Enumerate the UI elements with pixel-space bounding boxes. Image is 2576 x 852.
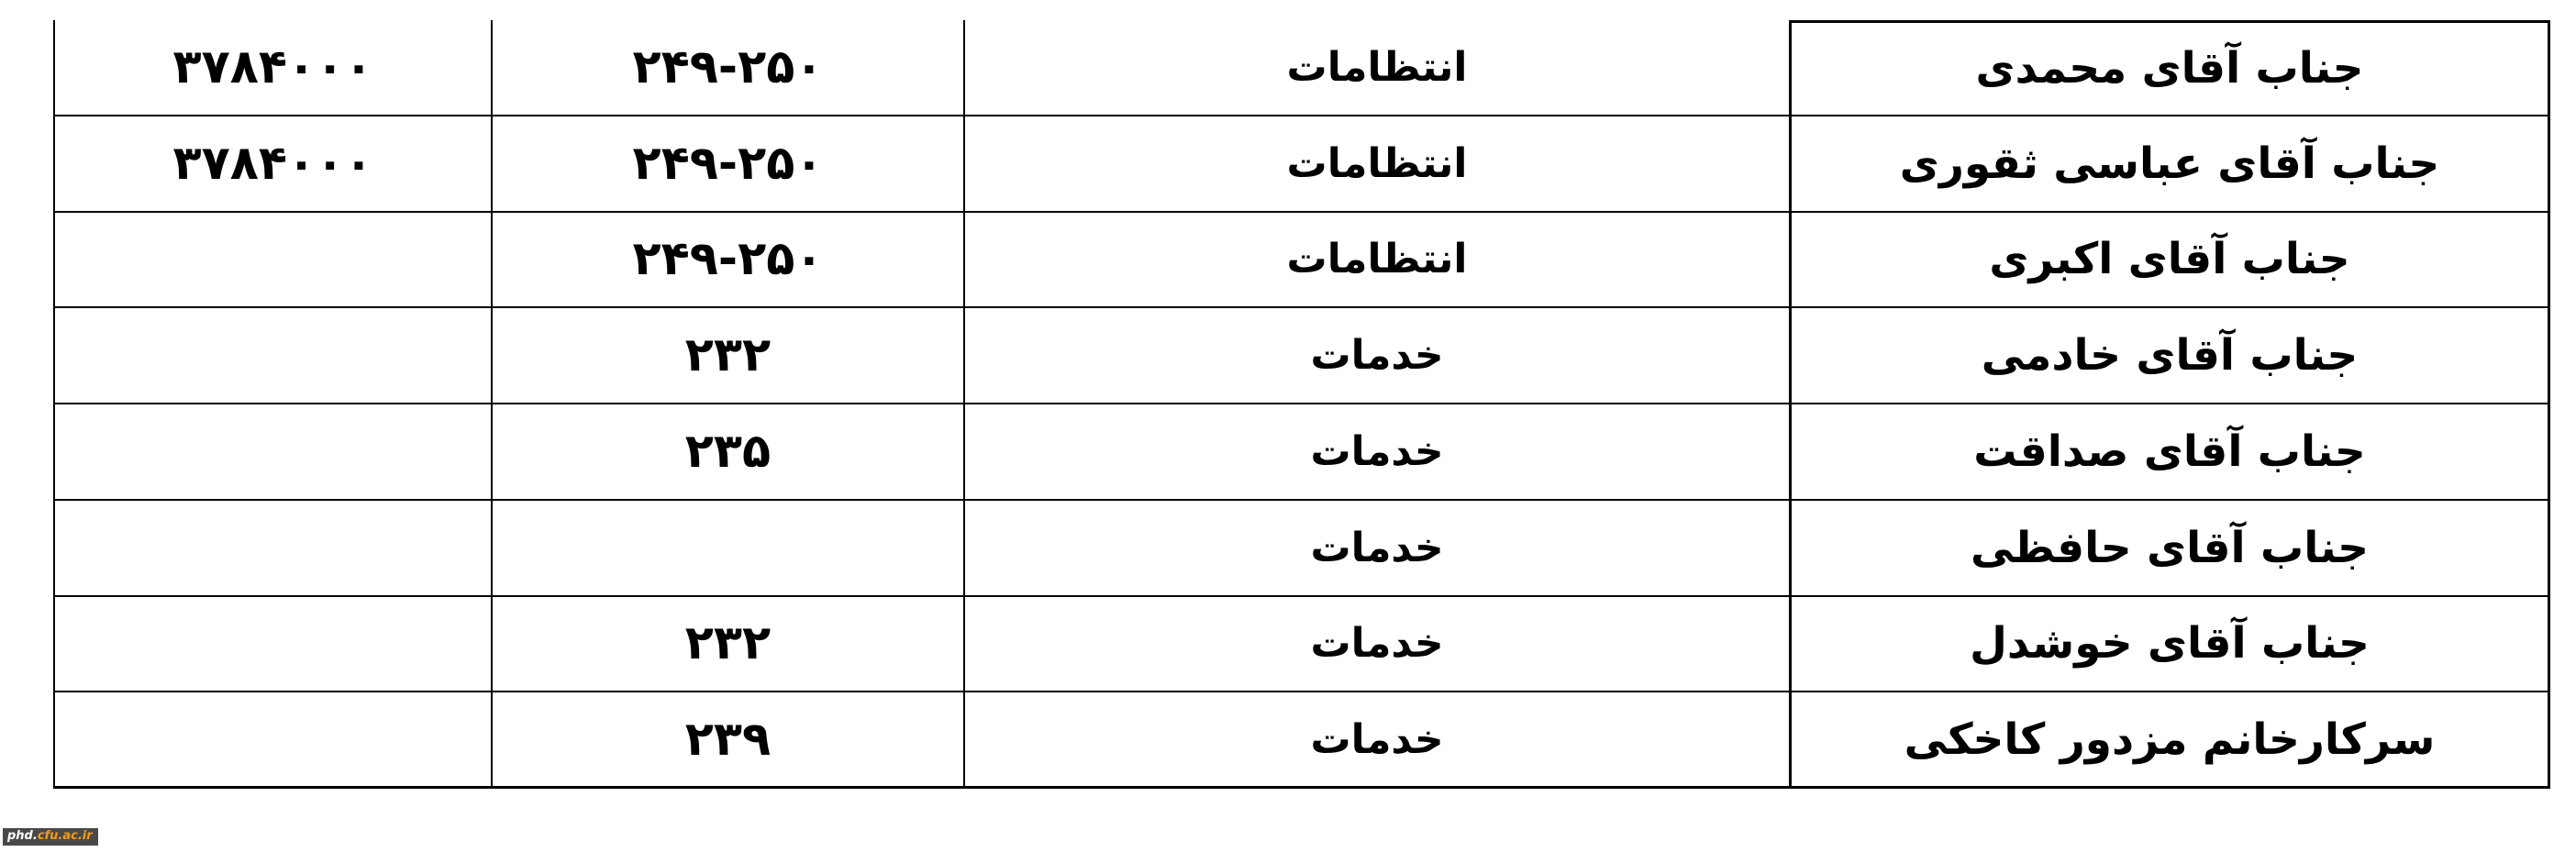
cell-department: خدمات [963, 692, 1789, 789]
cell-name: جناب آقای حافظی [1789, 501, 2550, 597]
cell-extension: ۲۳۲ [491, 308, 963, 404]
cell-extension [491, 501, 963, 597]
cell-phone [53, 692, 491, 789]
cell-department: انتظامات [963, 20, 1789, 116]
cell-name: جناب آقای عباسی ثقوری [1789, 116, 2550, 213]
cell-extension: ۲۴۹-۲۵۰ [491, 213, 963, 309]
cell-department: انتظامات [963, 116, 1789, 213]
cell-extension: ۲۳۲ [491, 597, 963, 693]
cell-department: خدمات [963, 404, 1789, 501]
cell-extension: ۲۳۵ [491, 404, 963, 501]
cell-name: سرکارخانم مزدور کاخکی [1789, 692, 2550, 789]
cell-name: جناب آقای محمدی [1789, 20, 2550, 116]
watermark-prefix: phd. [7, 828, 38, 844]
site-watermark: phd.cfu.ac.ir [3, 828, 98, 846]
cell-name: جناب آقای صداقت [1789, 404, 2550, 501]
cell-phone [53, 308, 491, 404]
cell-phone [53, 404, 491, 501]
cell-department: خدمات [963, 597, 1789, 693]
cell-department: خدمات [963, 308, 1789, 404]
watermark-domain: cfu.ac.ir [38, 828, 93, 844]
cell-extension: ۲۴۹-۲۵۰ [491, 20, 963, 116]
cell-phone: ۳۷۸۴۰۰۰ [53, 20, 491, 116]
cell-phone: ۳۷۸۴۰۰۰ [53, 116, 491, 213]
cell-phone [53, 597, 491, 693]
cell-name: جناب آقای اکبری [1789, 213, 2550, 309]
phone-directory-table: جناب آقای محمدی انتظامات ۲۴۹-۲۵۰ ۳۷۸۴۰۰۰… [53, 20, 2550, 789]
cell-phone [53, 501, 491, 597]
cell-name: جناب آقای خوشدل [1789, 597, 2550, 693]
cell-extension: ۲۳۹ [491, 692, 963, 789]
cell-department: خدمات [963, 501, 1789, 597]
cell-department: انتظامات [963, 213, 1789, 309]
cell-name: جناب آقای خادمی [1789, 308, 2550, 404]
cell-extension: ۲۴۹-۲۵۰ [491, 116, 963, 213]
cell-phone [53, 213, 491, 309]
